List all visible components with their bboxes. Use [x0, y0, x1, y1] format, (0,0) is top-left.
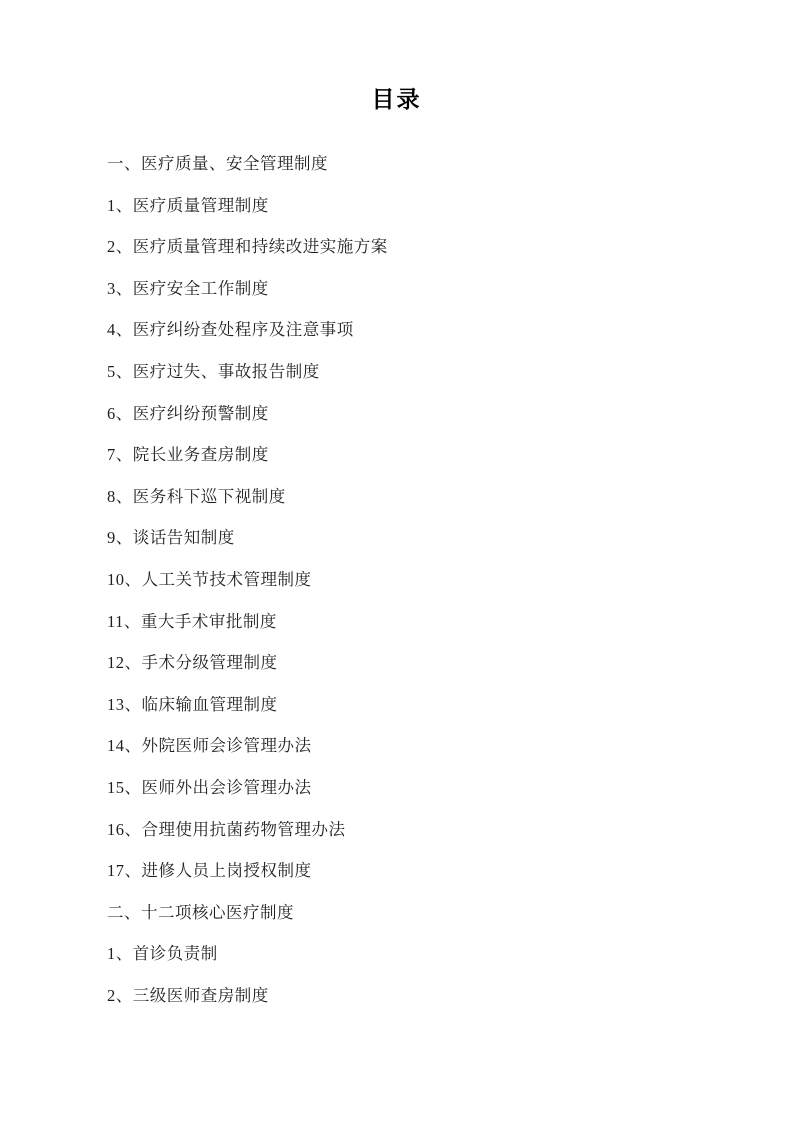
toc-item: 5、医疗过失、事故报告制度 — [107, 351, 713, 393]
toc-item: 二、十二项核心医疗制度 — [107, 892, 713, 934]
toc-item: 10、人工关节技术管理制度 — [107, 559, 713, 601]
toc-item: 12、手术分级管理制度 — [107, 642, 713, 684]
toc-item: 6、医疗纠纷预警制度 — [107, 393, 713, 435]
toc-item: 3、医疗安全工作制度 — [107, 268, 713, 310]
page-title: 目录 — [0, 0, 793, 111]
toc-item: 1、首诊负责制 — [107, 933, 713, 975]
toc-item: 16、合理使用抗菌药物管理办法 — [107, 809, 713, 851]
toc-item: 9、谈话告知制度 — [107, 517, 713, 559]
document-page: 目录 一、医疗质量、安全管理制度1、医疗质量管理制度2、医疗质量管理和持续改进实… — [0, 0, 793, 1122]
toc-item: 11、重大手术审批制度 — [107, 601, 713, 643]
toc-item: 8、医务科下巡下视制度 — [107, 476, 713, 518]
toc-item: 15、医师外出会诊管理办法 — [107, 767, 713, 809]
toc-item: 17、进修人员上岗授权制度 — [107, 850, 713, 892]
toc-item: 14、外院医师会诊管理办法 — [107, 725, 713, 767]
toc-item: 1、医疗质量管理制度 — [107, 185, 713, 227]
toc-item: 2、三级医师查房制度 — [107, 975, 713, 1017]
toc-item: 2、医疗质量管理和持续改进实施方案 — [107, 226, 713, 268]
toc-item: 4、医疗纠纷查处程序及注意事项 — [107, 309, 713, 351]
toc-list: 一、医疗质量、安全管理制度1、医疗质量管理制度2、医疗质量管理和持续改进实施方案… — [107, 143, 713, 1016]
toc-item: 一、医疗质量、安全管理制度 — [107, 143, 713, 185]
toc-item: 7、院长业务查房制度 — [107, 434, 713, 476]
toc-item: 13、临床输血管理制度 — [107, 684, 713, 726]
